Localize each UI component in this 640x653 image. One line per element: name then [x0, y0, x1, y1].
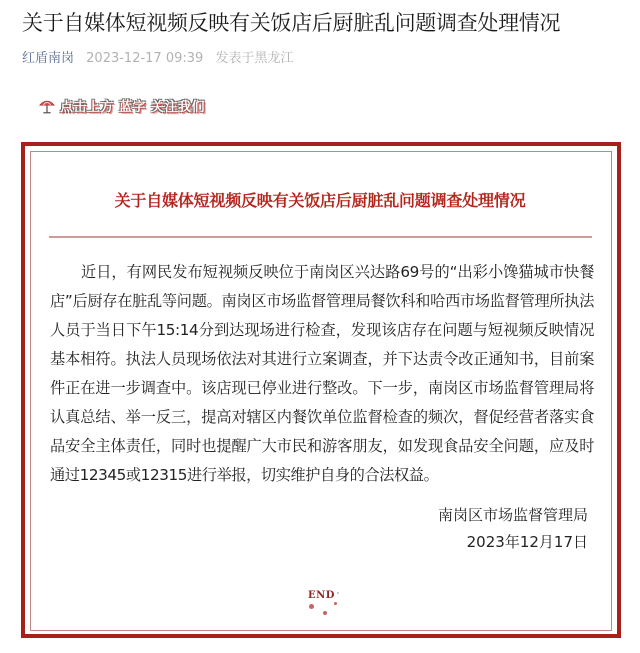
publish-time: 2023-12-17 09:39 — [86, 51, 203, 66]
title-divider — [49, 236, 592, 238]
decor-dot — [337, 592, 339, 594]
publish-location: 发表于黑龙江 — [215, 51, 293, 66]
notice-title: 关于自媒体短视频反映有关饭店后厨脏乱问题调查处理情况 — [0, 190, 640, 212]
decor-dot — [323, 611, 327, 615]
follow-text: 点击上方 蓝字 关注我们 — [60, 96, 205, 115]
end-mark: END — [308, 590, 335, 601]
decor-dot — [334, 602, 337, 605]
decor-dot — [309, 604, 314, 609]
signature-org: 南岗区市场监督管理局 — [438, 502, 588, 529]
signature-date: 2023年12月17日 — [438, 529, 588, 556]
article-meta: 红盾南岗 2023-12-17 09:39 发表于黑龙江 — [22, 50, 293, 68]
notice-signature: 南岗区市场监督管理局 2023年12月17日 — [438, 502, 588, 556]
notice-body: 近日，有网民发布短视频反映位于南岗区兴达路69号的“出彩小馋猫城市快餐店”后厨存… — [50, 258, 594, 490]
follow-banner: 点击上方 蓝字 关注我们 — [38, 96, 205, 115]
account-name-link[interactable]: 红盾南岗 — [22, 51, 74, 66]
umbrella-icon — [38, 97, 56, 115]
article-title: 关于自媒体短视频反映有关饭店后厨脏乱问题调查处理情况 — [22, 8, 560, 38]
